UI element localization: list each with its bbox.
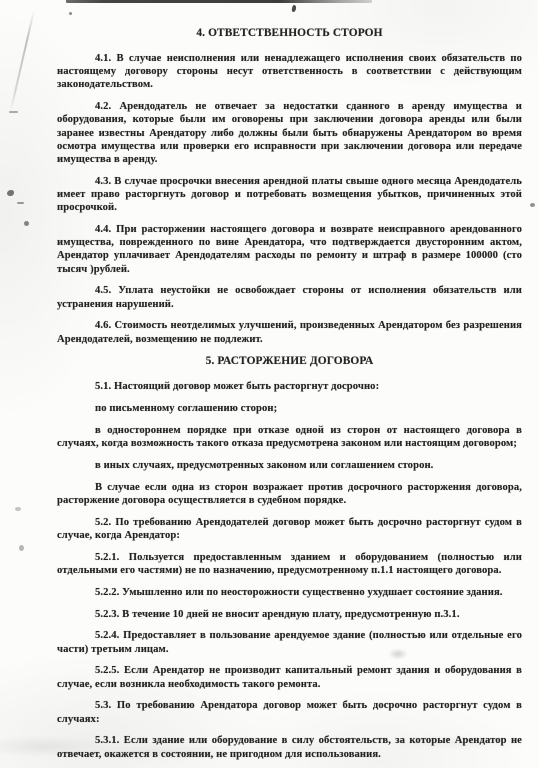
scan-speck — [291, 5, 297, 13]
clause-4-5: 4.5. Уплата неустойки не освобождает сто… — [57, 284, 522, 310]
clause-5-2-4: 5.2.4. Предоставляет в пользование аренд… — [57, 629, 522, 655]
scan-edge-bar — [66, 0, 372, 3]
clause-4-1: 4.1. В случае неисполнения или ненадлежа… — [57, 52, 522, 92]
contract-text-block: 4. ОТВЕТСТВЕННОСТЬ СТОРОН 4.1. В случае … — [57, 26, 522, 768]
scan-speck — [9, 111, 18, 113]
clause-5-2-2: 5.2.2. Умышленно или по неосторожности с… — [57, 586, 522, 599]
scan-speck — [17, 202, 24, 204]
section-5-heading: 5. РАСТОРЖЕНИЕ ДОГОВОРА — [57, 354, 522, 368]
clause-5-2-3: 5.2.3. В течение 10 дней не вносит аренд… — [57, 608, 522, 621]
clause-5-2-1: 5.2.1. Пользуется предоставленным здание… — [57, 551, 522, 577]
scan-speck — [19, 545, 24, 551]
scan-speck — [24, 221, 29, 226]
clause-5-3-1: 5.3.1. Если здание или оборудование в си… — [57, 734, 522, 760]
clause-5-1: 5.1. Настоящий договор может быть растор… — [57, 380, 522, 393]
scan-speck — [530, 203, 535, 207]
scan-speck — [69, 12, 72, 15]
clause-4-4: 4.4. При расторжении настоящего договора… — [57, 223, 522, 276]
scan-crease-line — [10, 10, 35, 112]
clause-5-1-item-3: в иных случаях, предусмотренных законом … — [57, 459, 522, 472]
clause-4-6: 4.6. Стоимость неотделимых улучшений, пр… — [57, 319, 522, 345]
clause-5-1-item-1: по письменному соглашению сторон; — [57, 402, 522, 415]
scanned-page: 4. ОТВЕТСТВЕННОСТЬ СТОРОН 4.1. В случае … — [0, 0, 538, 768]
clause-5-3: 5.3. По требованию Арендатора договор мо… — [57, 699, 522, 725]
clause-5-2: 5.2. По требованию Арендодателей договор… — [57, 516, 522, 542]
clause-5-1-item-2: в одностороннем порядке при отказе одной… — [57, 424, 522, 450]
clause-4-2: 4.2. Арендодатель не отвечает за недоста… — [57, 100, 522, 166]
scan-speck — [7, 190, 14, 196]
clause-5-1-note: В случае если одна из сторон возражает п… — [57, 481, 522, 507]
section-4-heading: 4. ОТВЕТСТВЕННОСТЬ СТОРОН — [57, 26, 522, 40]
clause-4-3: 4.3. В случае просрочки внесения арендно… — [57, 175, 522, 215]
clause-5-2-5: 5.2.5. Если Арендатор не производит капи… — [57, 664, 522, 690]
scan-speck — [15, 507, 21, 511]
